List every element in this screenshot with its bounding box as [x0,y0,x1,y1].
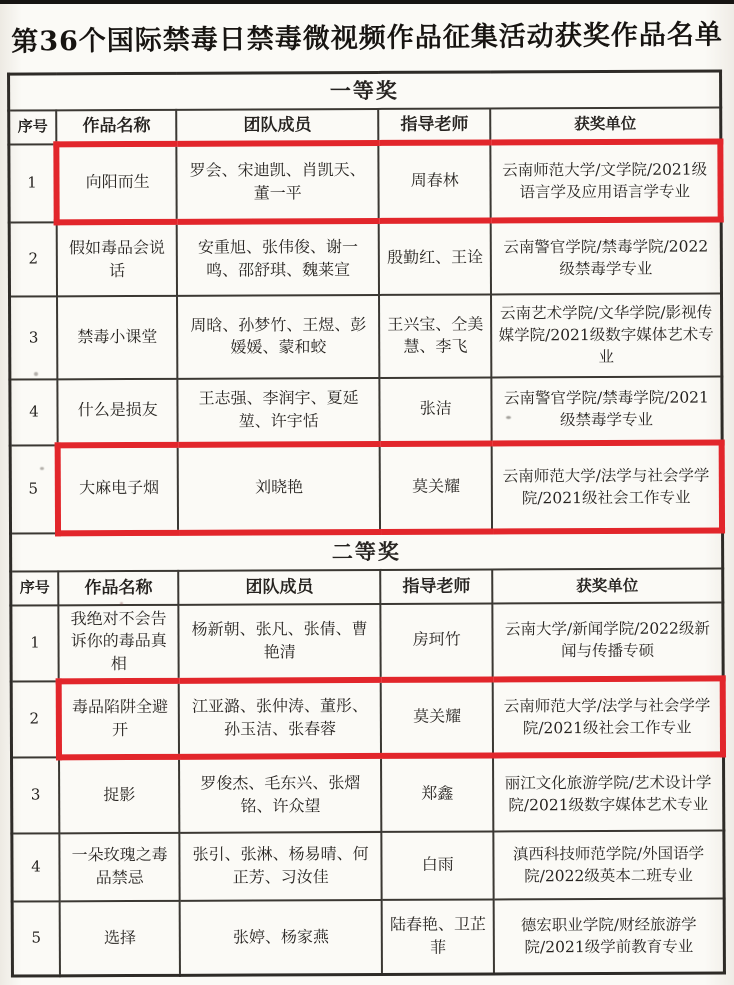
awarded-unit-cell: 德宏职业学院/财经旅游学院/2021级学前教育专业 [494,898,724,974]
awarded-unit-cell: 云南师范大学/文学院/2021级语言学及应用语言学专业 [491,141,721,220]
work-title-cell: 什么是损友 [58,379,178,446]
work-title-cell: 毒品陷阱全避开 [59,681,179,758]
advisor-cell: 殷勤红、王诠 [379,220,491,294]
serial-cell: 3 [9,296,57,379]
award-row: 4什么是损友王志强、李润宇、夏延堃、许宇恬张洁云南警官学院/禁毒学院/2021级… [10,376,722,445]
team-members-cell: 张引、张淋、杨易晴、何正芳、习汝佳 [180,832,382,901]
scan-noise-dot [40,467,44,470]
serial-cell: 1 [11,605,59,681]
advisor-cell: 莫关耀 [381,679,493,755]
work-title-cell: 捉影 [59,757,179,834]
award-table-body: 一等奖序号作品名称团队成员指导老师获奖单位1向阳而生罗会、宋迪凯、肖凯天、董一平… [8,71,724,976]
scan-edge-line [0,0,734,4]
award-row-highlighted: 5大麻电子烟刘晓艳莫关耀云南师范大学/法学与社会学学院/2021级社会工作专业 [10,442,722,533]
column-header-advisor: 指导老师 [380,569,492,603]
award-row-highlighted: 2毒品陷阱全避开江亚潞、张仲涛、董彤、孙玉洁、张春蓉莫关耀云南师范大学/法学与社… [11,678,723,757]
awarded-unit-cell: 丽江文化旅游学院/艺术设计学院/2021级数字媒体艺术专业 [493,754,723,831]
serial-cell: 2 [11,681,59,757]
column-header-no: 序号 [8,110,56,144]
work-title-cell: 我绝对不会告诉你的毒品真相 [59,604,179,681]
serial-cell: 5 [12,901,60,976]
work-title-cell: 禁毒小课堂 [57,296,177,380]
team-members-cell: 罗会、宋迪凯、肖凯天、董一平 [177,143,379,222]
awarded-unit-cell: 云南师范大学/法学与社会学学院/2021级社会工作专业 [493,678,723,755]
scan-noise-dot [506,416,511,419]
work-title-cell: 向阳而生 [57,144,177,223]
awarded-unit-cell: 云南艺术学院/文华学院/影视传媒学院/2021级数字媒体艺术专业 [491,293,721,377]
awarded-unit-cell: 云南大学/新闻学院/2022级新闻与传播专硕 [493,602,723,679]
page-title: 第36个国际禁毒日禁毒微视频作品征集活动获奖作品名单 [0,12,734,59]
advisor-cell: 陆春艳、卫芷菲 [382,899,494,974]
column-header-advisor: 指导老师 [378,108,490,142]
advisor-cell: 张洁 [380,377,492,443]
awarded-unit-cell: 云南师范大学/法学与社会学学院/2021级社会工作专业 [492,442,722,531]
team-members-cell: 张婷、杨家燕 [180,900,382,976]
column-header-work: 作品名称 [58,570,178,605]
column-header-no: 序号 [10,571,58,605]
award-row: 3捉影罗俊杰、毛东兴、张熠铭、许众望郑鑫丽江文化旅游学院/艺术设计学院/2021… [11,754,723,833]
advisor-cell: 周春林 [379,142,491,220]
column-header-team: 团队成员 [176,109,378,144]
award-row: 3禁毒小课堂周晗、孙梦竹、王煜、彭媛媛、蒙和蛟王兴宝、仝美慧、李飞云南艺术学院/… [9,293,721,379]
award-row: 4一朵玫瑰之毒品禁忌张引、张淋、杨易晴、何正芳、习汝佳白雨滇西科技师范学院/外国… [12,830,724,901]
award-row: 1我绝对不会告诉你的毒品真相杨新朝、张凡、张倩、曹艳清房珂竹云南大学/新闻学院/… [11,602,723,681]
award-row: 2假如毒品会说话安重旭、张伟俊、谢一鸣、邵舒琪、魏莱宣殷勤红、王诠云南警官学院/… [9,219,721,296]
award-row-highlighted: 1向阳而生罗会、宋迪凯、肖凯天、董一平周春林云南师范大学/文学院/2021级语言… [9,141,721,222]
advisor-cell: 王兴宝、仝美慧、李飞 [379,294,491,377]
serial-cell: 4 [10,379,58,445]
column-header-row: 序号作品名称团队成员指导老师获奖单位 [8,107,720,144]
awarded-unit-cell: 云南警官学院/禁毒学院/2021级禁毒学专业 [492,376,722,443]
award-row: 5选择张婷、杨家燕陆春艳、卫芷菲德宏职业学院/财经旅游学院/2021级学前教育专… [12,898,724,976]
awarded-unit-cell: 滇西科技师范学院/外国语学院/2022级英本二班专业 [494,830,724,899]
scan-noise-dot [34,372,38,376]
team-members-cell: 罗俊杰、毛东兴、张熠铭、许众望 [179,756,381,833]
team-members-cell: 王志强、李润宇、夏延堃、许宇恬 [178,378,380,445]
prize-section-title: 一等奖 [8,71,720,110]
award-table: 一等奖序号作品名称团队成员指导老师获奖单位1向阳而生罗会、宋迪凯、肖凯天、董一平… [7,69,727,977]
column-header-row: 序号作品名称团队成员指导老师获奖单位 [10,568,722,605]
section-title-row: 二等奖 [10,530,722,571]
advisor-cell: 房珂竹 [381,603,493,680]
column-header-unit: 获奖单位 [490,107,720,142]
column-header-work: 作品名称 [56,110,176,145]
serial-cell: 1 [9,144,57,222]
serial-cell: 4 [12,833,60,901]
work-title-cell: 大麻电子烟 [58,445,178,534]
team-members-cell: 江亚潞、张仲涛、董彤、孙玉洁、张春蓉 [179,680,381,757]
team-members-cell: 周晗、孙梦竹、王煜、彭媛媛、蒙和蛟 [177,295,379,379]
work-title-cell: 选择 [60,901,180,977]
serial-cell: 2 [9,222,57,296]
prize-section-title: 二等奖 [10,530,722,571]
advisor-cell: 郑鑫 [381,755,493,831]
awarded-unit-cell: 云南警官学院/禁毒学院/2022级禁毒学专业 [491,219,721,294]
advisor-cell: 白雨 [382,831,494,899]
scan-noise-dot [120,602,123,605]
team-members-cell: 杨新朝、张凡、张倩、曹艳清 [179,604,381,681]
serial-cell: 5 [10,445,58,533]
work-title-cell: 假如毒品会说话 [57,222,177,297]
team-members-cell: 刘晓艳 [178,444,380,533]
team-members-cell: 安重旭、张伟俊、谢一鸣、邵舒琪、魏莱宣 [177,221,379,296]
column-header-team: 团队成员 [178,570,380,605]
column-header-unit: 获奖单位 [492,568,722,603]
advisor-cell: 莫关耀 [380,443,492,531]
serial-cell: 3 [11,757,59,833]
section-title-row: 一等奖 [8,71,720,110]
award-table-wrapper: 一等奖序号作品名称团队成员指导老师获奖单位1向阳而生罗会、宋迪凯、肖凯天、董一平… [0,69,734,977]
work-title-cell: 一朵玫瑰之毒品禁忌 [60,833,180,902]
